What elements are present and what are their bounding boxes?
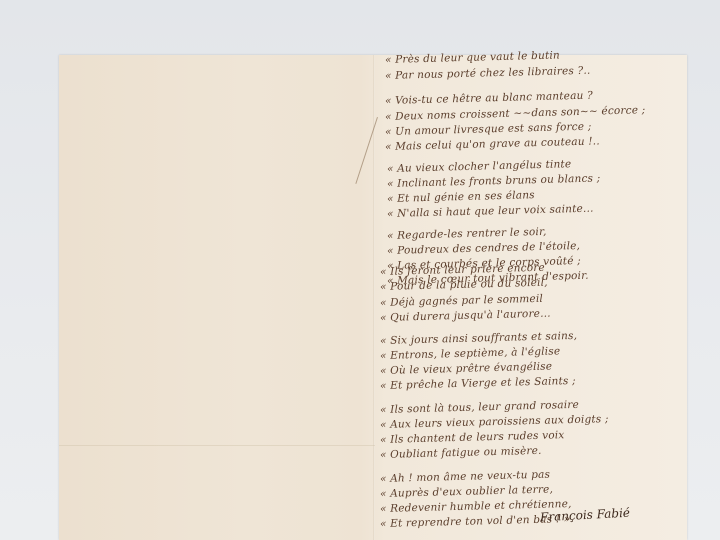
- poem-line: « Ils chantent de leurs rudes voix: [380, 429, 565, 446]
- horizontal-fold: [59, 445, 375, 446]
- poem-line: « Oubliant fatigue ou misère.: [380, 445, 542, 461]
- poem-line: « Qui durera jusqu'à l'aurore...: [380, 308, 551, 324]
- poem-line: « Ils sont là tous, leur grand rosaire: [380, 399, 579, 416]
- poem-line: « Pour de la pluie ou du soleil,: [380, 277, 548, 293]
- margin-bracket: [355, 117, 379, 184]
- poem-text-lower: « Ils feront leur prière encore « Pour d…: [380, 0, 700, 540]
- poem-line: « Où le vieux prêtre évangélise: [380, 360, 553, 377]
- poem-line: « Six jours ainsi souffrants et sains,: [380, 330, 577, 347]
- poem-line: « Aux leurs vieux paroissiens aux doigts…: [380, 413, 609, 431]
- poem-line: « Ah ! mon âme ne veux-tu pas: [380, 469, 550, 485]
- poem-line: « Entrons, le septième, à l'église: [380, 345, 561, 362]
- poem-line: « Ils feront leur prière encore: [380, 262, 545, 278]
- poem-line: « Auprès d'eux oublier la terre,: [380, 483, 553, 500]
- poem-line: « Et prêche la Vierge et les Saints ;: [380, 375, 576, 392]
- poem-line: « Déjà gagnés par le sommeil: [380, 293, 543, 309]
